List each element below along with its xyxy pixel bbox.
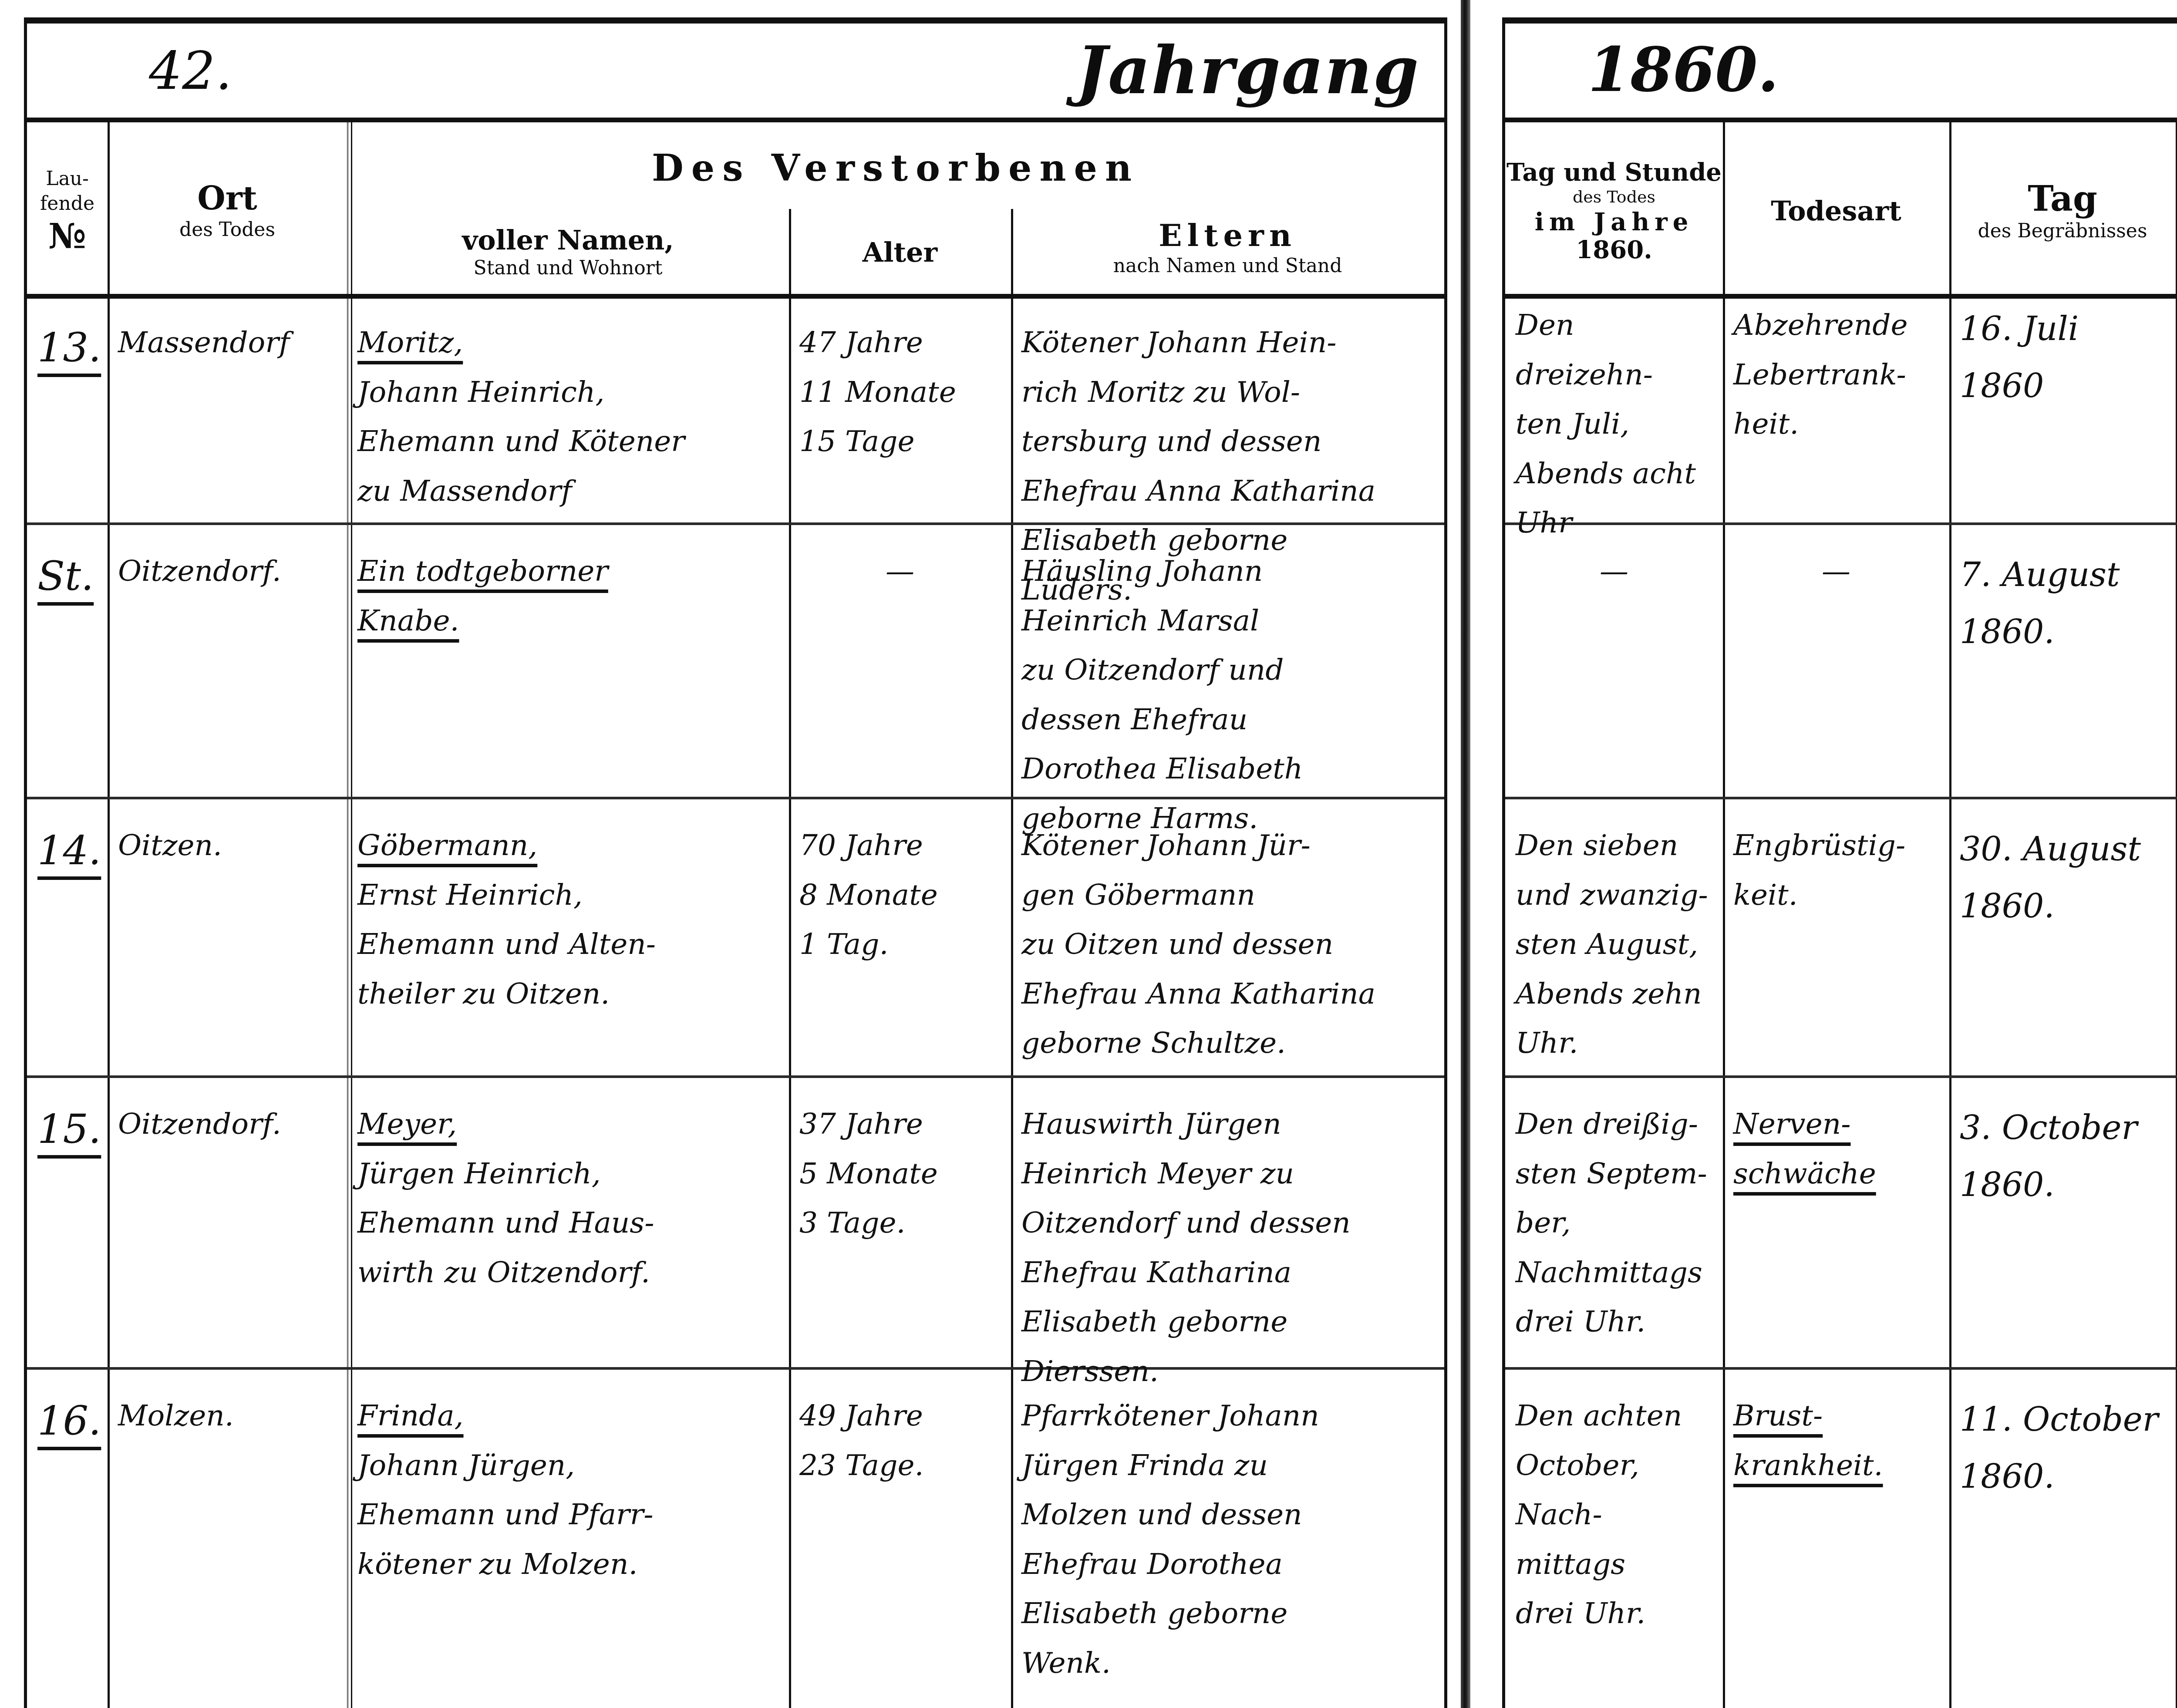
header-voller-namen: voller Namen, Stand und Wohnort	[347, 209, 789, 296]
surname: Moritz,	[357, 318, 778, 367]
deceased-name: Göbermann,Ernst Heinrich, Ehemann und Al…	[347, 799, 789, 1018]
header-des-verstorbenen: Des Verstorbenen	[347, 126, 1444, 209]
left-page: 42. Jahrgang Lau- fende № Ort des Todes …	[24, 17, 1447, 1708]
cause-of-death: Brust- krankheit.	[1723, 1369, 1949, 1490]
deceased-name: Moritz,Johann Heinrich, Ehemann und Köte…	[347, 296, 789, 515]
cause-of-death: Nerven- schwäche	[1723, 1078, 1949, 1198]
header-rule	[27, 118, 1444, 122]
entry-number: 14.	[27, 799, 108, 885]
name-and-status: Ernst Heinrich, Ehemann und Alten- theil…	[357, 870, 778, 1019]
age: 49 Jahre 23 Tage.	[789, 1369, 1011, 1490]
time-of-death: Den dreizehn- ten Juli, Abends acht Uhr	[1505, 279, 1723, 548]
place-of-death: Oitzendorf.	[108, 525, 347, 596]
header-text: des Begräbnisses	[1978, 219, 2147, 243]
age: 70 Jahre 8 Monate 1 Tag.	[789, 799, 1011, 969]
header-text: Des Verstorbenen	[652, 146, 1139, 189]
header-text: des Todes	[179, 217, 275, 242]
header-text: im Jahre	[1535, 208, 1694, 236]
header-ort: Ort des Todes	[108, 126, 347, 296]
entry-number: St.	[27, 525, 108, 611]
register-year: 1860.	[1588, 34, 1779, 106]
place-of-death: Oitzen.	[108, 799, 347, 870]
cause-of-death: —	[1723, 525, 1949, 596]
jahrgang-label: Jahrgang	[1076, 32, 1419, 109]
entry-number: 16.	[27, 1369, 108, 1455]
entry-number: 13.	[27, 296, 108, 382]
cause-of-death: Engbrüstig- keit.	[1723, 799, 1949, 920]
header-text: voller Namen,	[462, 225, 674, 256]
deceased-name: Frinda,Johann Jürgen, Ehemann und Pfarr-…	[347, 1369, 789, 1589]
burial-date: 7. August 1860.	[1949, 525, 2176, 660]
header-text: Alter	[863, 237, 937, 268]
header-text: Todesart	[1771, 195, 1901, 226]
cause-of-death: Abzehrende Lebertrank- heit.	[1723, 279, 1949, 449]
age: —	[789, 525, 1011, 596]
left-page-title-band: 42. Jahrgang	[27, 17, 1444, 124]
place-of-death: Oitzendorf.	[108, 1078, 347, 1149]
time-of-death: Den dreißig- sten Septem- ber, Nachmitta…	[1505, 1078, 1723, 1347]
header-text: des Todes	[1573, 186, 1655, 208]
surname: Göbermann,	[357, 821, 778, 870]
header-text: Tag und Stunde	[1506, 158, 1722, 186]
header-tag-und-stunde: Tag und Stunde des Todes im Jahre 1860.	[1505, 126, 1723, 296]
parents: Pfarrkötener Johann Jürgen Frinda zu Mol…	[1011, 1369, 1444, 1688]
place-of-death: Massendorf	[108, 296, 347, 367]
right-page-title-band: 1860. Pag. 42.	[1505, 17, 2177, 124]
parents: Häusling Johann Heinrich Marsal zu Oitze…	[1011, 525, 1444, 843]
place-of-death: Molzen.	[108, 1369, 347, 1441]
header-text: fende	[40, 191, 94, 216]
right-page: 1860. Pag. 42. Tag und Stunde des Todes …	[1502, 17, 2177, 1708]
header-alter: Alter	[789, 209, 1011, 296]
header-text: Eltern	[1159, 218, 1297, 253]
surname: Frinda,	[357, 1391, 778, 1441]
surname: Meyer,	[357, 1099, 778, 1149]
header-eltern: Eltern nach Namen und Stand	[1011, 200, 1444, 296]
age: 37 Jahre 5 Monate 3 Tage.	[789, 1078, 1011, 1248]
time-of-death: Den achten October, Nach- mittags drei U…	[1505, 1369, 1723, 1638]
header-todesart: Todesart	[1723, 126, 1949, 296]
header-laufende-nr: Lau- fende №	[27, 126, 108, 296]
entry-number: 15.	[27, 1078, 108, 1164]
name-and-status: Ein todtgeborner Knabe.	[357, 546, 778, 645]
header-begraebnis: Tag des Begräbnisses	[1949, 126, 2176, 296]
header-text: Stand und Wohnort	[474, 256, 663, 280]
burial-date: 16. Juli 1860	[1949, 279, 2176, 414]
header-text: Ort	[197, 180, 257, 217]
header-text: Tag	[2028, 179, 2097, 219]
header-text: Lau-	[46, 166, 89, 191]
parents: Hauswirth Jürgen Heinrich Meyer zu Oitze…	[1011, 1078, 1444, 1396]
time-of-death: —	[1505, 525, 1723, 596]
burial-date: 30. August 1860.	[1949, 799, 2176, 934]
age: 47 Jahre 11 Monate 15 Tage	[789, 296, 1011, 466]
header-text: 1860.	[1576, 236, 1652, 264]
header-text: nach Namen und Stand	[1113, 253, 1342, 278]
numero-sign: №	[48, 216, 86, 256]
parents: Kötener Johann Jür- gen Göbermann zu Oit…	[1011, 799, 1444, 1068]
burial-date: 3. October 1860.	[1949, 1078, 2176, 1213]
time-of-death: Den sieben und zwanzig- sten August, Abe…	[1505, 799, 1723, 1068]
burial-date: 11. October 1860.	[1949, 1369, 2176, 1505]
name-and-status: Jürgen Heinrich, Ehemann und Haus- wirth…	[357, 1149, 778, 1297]
deceased-name: Meyer,Jürgen Heinrich, Ehemann und Haus-…	[347, 1078, 789, 1297]
name-and-status: Johann Heinrich, Ehemann und Kötener zu …	[357, 367, 778, 516]
book-gutter	[1461, 0, 1470, 1708]
name-and-status: Johann Jürgen, Ehemann und Pfarr- kötene…	[357, 1441, 778, 1589]
left-page-number: 42.	[149, 41, 232, 101]
header-rule	[1505, 118, 2177, 122]
deceased-name: Ein todtgeborner Knabe.	[347, 525, 789, 645]
